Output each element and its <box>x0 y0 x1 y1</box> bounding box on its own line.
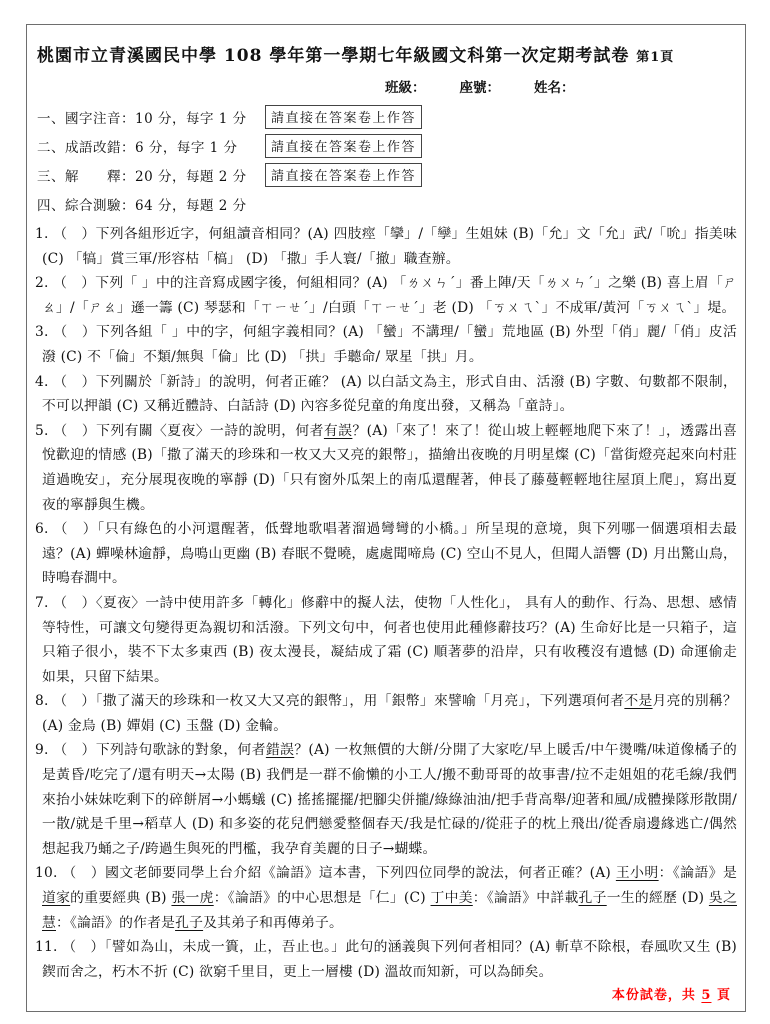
exam-sheet: 桃園市立青溪國民中學 108 學年第一學期七年級國文科第一次定期考試卷 第1頁 … <box>26 24 746 1012</box>
question-item: 9. （ ）下列詩句歌詠的對象，何者錯誤？(A) 一枚無價的大餅/分開了大家吃/… <box>35 738 737 861</box>
section-label: 三、解 釋：20 分，每題 2 分 <box>37 165 265 185</box>
exam-header: 桃園市立青溪國民中學 108 學年第一學期七年級國文科第一次定期考試卷 第1頁 <box>37 41 735 66</box>
section-label: 一、國字注音：10 分，每字 1 分 <box>37 107 265 127</box>
questions-list: 1. （ ）下列各組形近字，何組讀音相同？(A) 四肢痙「攣」/「孿」生姐妹 (… <box>35 222 737 984</box>
question-item: 11. （ ）「譬如為山，未成一簣，止，吾止也。」此句的涵義與下列何者相同？(A… <box>35 935 737 984</box>
question-item: 8. （ ）「撒了滿天的珍珠和一枚又大又亮的銀幣」，用「銀幣」來譬喻「月亮」，下… <box>35 689 737 738</box>
answer-instruction-box: 請直接在答案卷上作答 <box>265 163 422 187</box>
question-item: 1. （ ）下列各組形近字，何組讀音相同？(A) 四肢痙「攣」/「孿」生姐妹 (… <box>35 222 737 271</box>
seat-field-label: 座號： <box>460 76 501 96</box>
question-item: 10. （ ）國文老師要同學上台介紹《論語》這本書，下列四位同學的說法，何者正確… <box>35 861 737 935</box>
section-row: 一、國字注音：10 分，每字 1 分 請直接在答案卷上作答 <box>37 102 737 131</box>
answer-instruction-box: 請直接在答案卷上作答 <box>265 134 422 158</box>
section-label: 二、成語改錯：6 分，每字 1 分 <box>37 136 265 156</box>
question-item: 7. （ ）〈夏夜〉一詩中使用許多「轉化」修辭中的擬人法，使物「人性化」， 具有… <box>35 591 737 689</box>
section-row: 三、解 釋：20 分，每題 2 分 請直接在答案卷上作答 <box>37 160 737 189</box>
question-item: 6. （ ）「只有綠色的小河還醒著，低聲地歌唱著溜過彎彎的小橋。」所呈現的意境，… <box>35 517 737 591</box>
section-row: 二、成語改錯：6 分，每字 1 分 請直接在答案卷上作答 <box>37 131 737 160</box>
section-label: 四、綜合測驗：64 分，每題 2 分 <box>37 194 265 214</box>
instructions-list: 一、國字注音：10 分，每字 1 分 請直接在答案卷上作答 二、成語改錯：6 分… <box>37 102 737 218</box>
name-field-label: 姓名： <box>534 76 575 96</box>
exam-title: 桃園市立青溪國民中學 108 學年第一學期七年級國文科第一次定期考試卷 <box>37 46 629 66</box>
question-item: 2. （ ）下列「 」中的注音寫成國字後，何組相同？(A) 「ㄌㄨㄣˊ」番上陣/… <box>35 271 737 320</box>
page-number: 第1頁 <box>636 50 674 65</box>
exam-footer: 本份試卷，共 5 頁 <box>612 984 731 1003</box>
answer-instruction-box: 請直接在答案卷上作答 <box>265 105 422 129</box>
section-row: 四、綜合測驗：64 分，每題 2 分 <box>37 189 737 218</box>
question-item: 4. （ ）下列關於「新詩」的說明，何者正確？ (A) 以白話文為主，形式自由、… <box>35 370 737 419</box>
student-info-row: 班級： 座號： 姓名： <box>385 76 737 96</box>
question-item: 5. （ ）下列有關〈夏夜〉一詩的說明，何者有誤？(A)「來了！來了！從山坡上輕… <box>35 419 737 517</box>
question-item: 3. （ ）下列各組「 」中的字，何組字義相同？(A) 「蠻」不講理/「蠻」荒地… <box>35 320 737 369</box>
class-field-label: 班級： <box>385 76 426 96</box>
